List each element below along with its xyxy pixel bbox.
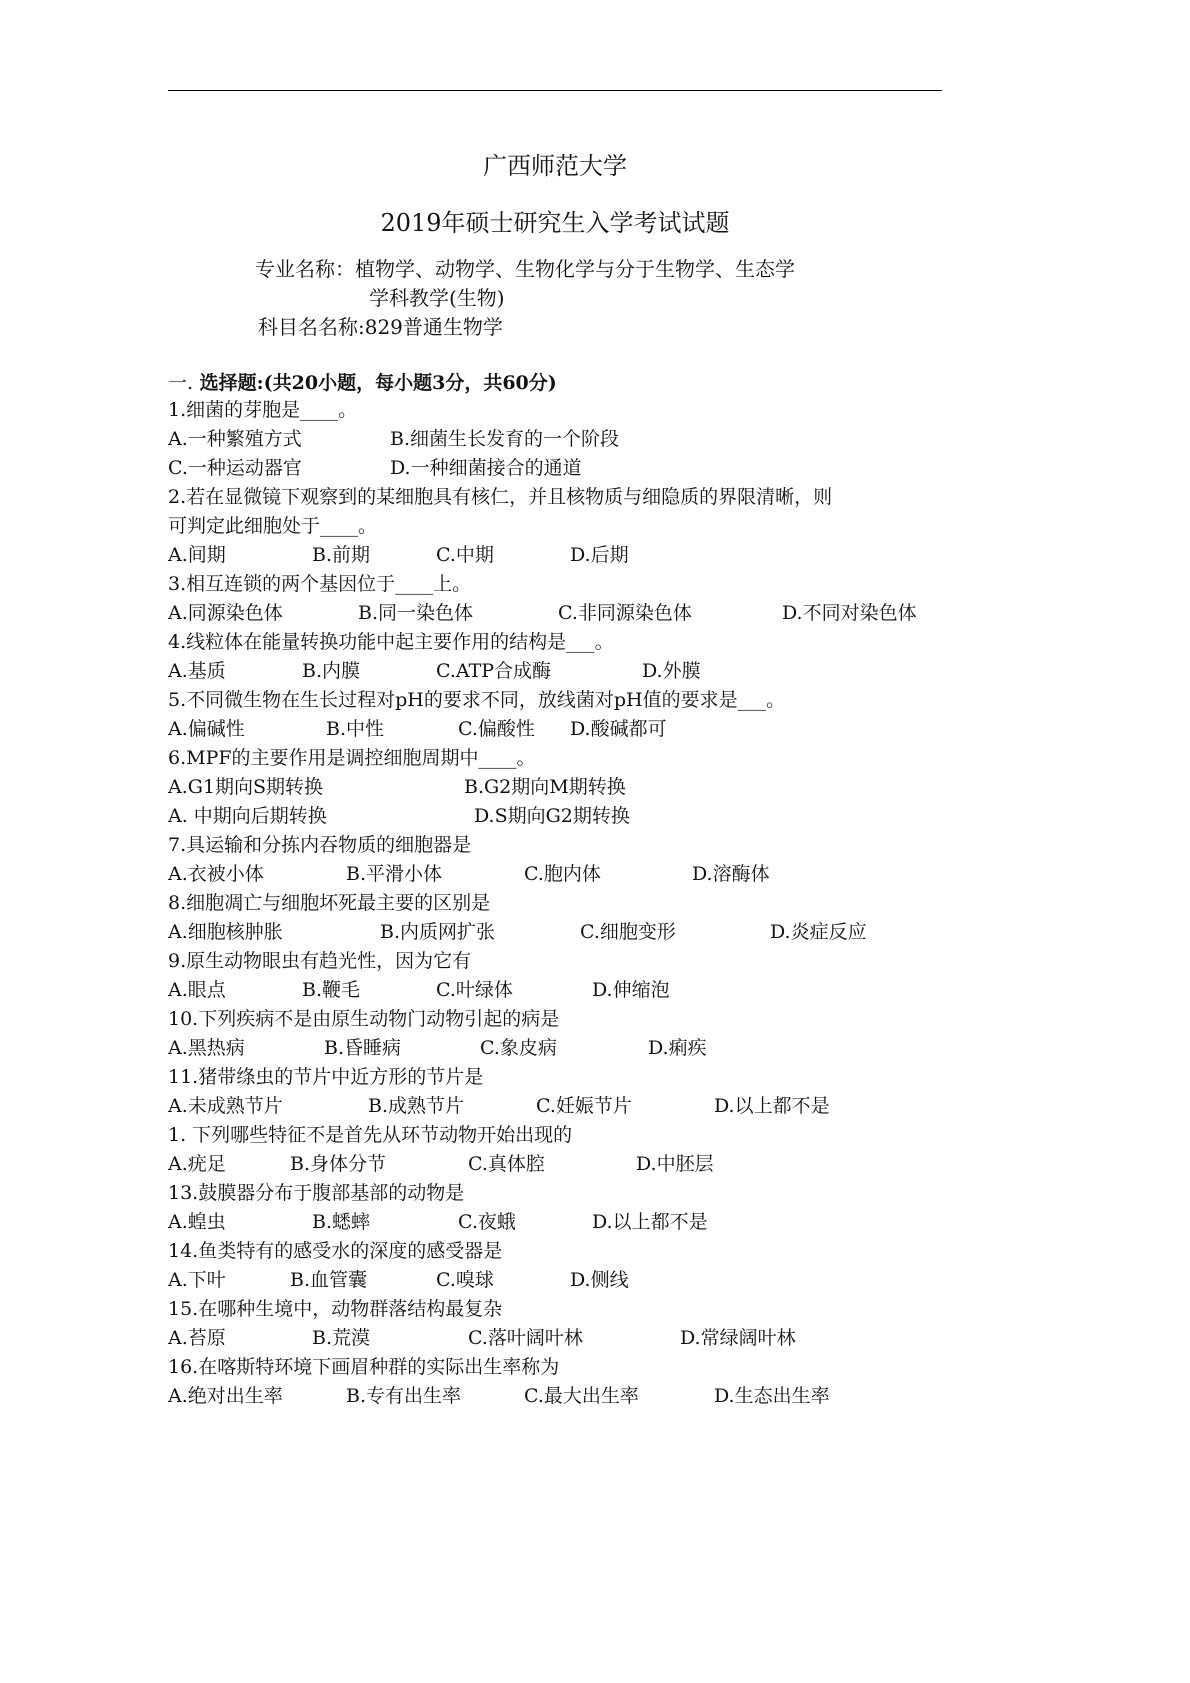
question-stem-3: 3.相互连锁的两个基因位于____上。 (168, 570, 471, 599)
option: D.溶酶体 (692, 860, 770, 889)
question-options-7: A.衣被小体 B.平滑小体 C.胞内体 D.溶酶体 (168, 860, 968, 889)
option: C.一种运动器官 (168, 454, 302, 483)
question-options-15: A.苔原 B.荒漠 C.落叶阔叶林 D.常绿阔叶林 (168, 1324, 968, 1353)
question-stem-8: 8.细胞凋亡与细胞坏死最主要的区别是 (168, 889, 490, 918)
option: D.S期向G2期转换 (474, 802, 630, 831)
option: C.胞内体 (524, 860, 601, 889)
question-stem-10: 10.下列疾病不是由原生动物门动物引起的病是 (168, 1005, 559, 1034)
section-title: 选择题:(共20小题，每小题3分，共60分) (200, 372, 557, 394)
question-stem-2: 2.若在显微镜下观察到的某细胞具有核仁，并且核物质与细隐质的界限清晰，则 (168, 483, 832, 512)
option: B.前期 (312, 541, 370, 570)
option: B.平滑小体 (346, 860, 442, 889)
option: C.夜蛾 (458, 1208, 516, 1237)
major-row: 专业名称：植物学、动物学、生物化学与分于生物学、生态学 (255, 253, 795, 282)
option: A.基质 (168, 657, 226, 686)
option: C.非同源染色体 (558, 599, 692, 628)
section-prefix: 一. (168, 372, 193, 394)
option: B.内质网扩张 (380, 918, 495, 947)
option: D.后期 (570, 541, 629, 570)
question-stem-5: 5.不同微生物在生长过程对pH的要求不同，放线菌对pH值的要求是___。 (168, 686, 785, 715)
question-stem-14: 14.鱼类特有的感受水的深度的感受器是 (168, 1237, 502, 1266)
question-options-12: A.疣足 B.身体分节 C.真体腔 D.中胚层 (168, 1150, 968, 1179)
question-options-1b: C.一种运动器官 D.一种细菌接合的通道 (168, 454, 968, 483)
question-options-9: A.眼点 B.鞭毛 C.叶绿体 D.伸缩泡 (168, 976, 968, 1005)
question-stem-6: 6.MPF的主要作用是调控细胞周期中____。 (168, 744, 536, 773)
option: C.偏酸性 (458, 715, 535, 744)
option: B.昏睡病 (324, 1034, 401, 1063)
option: B.身体分节 (290, 1150, 386, 1179)
major-line2: 学科教学(生物) (369, 282, 505, 311)
option: D.外膜 (642, 657, 701, 686)
question-stem-1: 1.细菌的芽胞是____。 (168, 396, 357, 425)
question-options-6b: A. 中期向后期转换 D.S期向G2期转换 (168, 802, 968, 831)
question-options-16: A.绝对出生率 B.专有出生率 C.最大出生率 D.生态出生率 (168, 1382, 968, 1411)
option: B.内膜 (302, 657, 360, 686)
option: D.常绿阔叶林 (680, 1324, 796, 1353)
option: A.细胞核肿胀 (168, 918, 283, 947)
exam-title: 2019年硕士研究生入学考试试题 (0, 203, 1110, 238)
option: C.象皮病 (480, 1034, 557, 1063)
question-stem-4: 4.线粒体在能量转换功能中起主要作用的结构是___。 (168, 628, 614, 657)
option: C.真体腔 (468, 1150, 545, 1179)
option: D.侧线 (570, 1266, 629, 1295)
option: D.不同对染色体 (782, 599, 917, 628)
option: D.一种细菌接合的通道 (390, 454, 582, 483)
question-options-8: A.细胞核肿胀 B.内质网扩张 C.细胞变形 D.炎症反应 (168, 918, 968, 947)
option: B.血管囊 (290, 1266, 367, 1295)
major-names: 植物学、动物学、生物化学与分于生物学、生态学 (355, 257, 795, 281)
option: B.细菌生长发育的一个阶段 (390, 425, 619, 454)
question-options-14: A.下叶 B.血管囊 C.嗅球 D.侧线 (168, 1266, 968, 1295)
question-stem-9: 9.原生动物眼虫有趋光性，因为它有 (168, 947, 471, 976)
option: D.酸碱都可 (570, 715, 667, 744)
question-stem-15: 15.在哪种生境中，动物群落结构最复杂 (168, 1295, 502, 1324)
university-title: 广西师范大学 (0, 146, 1110, 181)
option: A.黑热病 (168, 1034, 245, 1063)
option: D.生态出生率 (714, 1382, 830, 1411)
option: A.G1期向S期转换 (168, 773, 323, 802)
option: C.落叶阔叶林 (468, 1324, 583, 1353)
question-options-4: A.基质 B.内膜 C.ATP合成酶 D.外膜 (168, 657, 968, 686)
option: A. 中期向后期转换 (168, 802, 327, 831)
option: A.间期 (168, 541, 226, 570)
option: B.成熟节片 (368, 1092, 464, 1121)
question-stem-7: 7.具运输和分拣内吞物质的细胞器是 (168, 831, 471, 860)
question-options-2: A.间期 B.前期 C.中期 D.后期 (168, 541, 968, 570)
question-options-1a: A.一种繁殖方式 B.细菌生长发育的一个阶段 (168, 425, 968, 454)
question-stem-2-cont: 可判定此细胞处于____。 (168, 512, 377, 541)
option: D.炎症反应 (770, 918, 867, 947)
section-heading: 一. 选择题:(共20小题，每小题3分，共60分) (168, 368, 557, 395)
option: A.偏碱性 (168, 715, 245, 744)
option: C.最大出生率 (524, 1382, 639, 1411)
subject-name: 科目名名称:829普通生物学 (258, 311, 503, 340)
question-options-11: A.未成熟节片 B.成熟节片 C.妊娠节片 D.以上都不是 (168, 1092, 968, 1121)
option: A.眼点 (168, 976, 226, 1005)
option: B.专有出生率 (346, 1382, 461, 1411)
option: C.嗅球 (436, 1266, 494, 1295)
question-options-10: A.黑热病 B.昏睡病 C.象皮病 D.痢疾 (168, 1034, 968, 1063)
option: D.伸缩泡 (592, 976, 670, 1005)
option: B.鞭毛 (302, 976, 360, 1005)
question-stem-13: 13.鼓膜器分布于腹部基部的动物是 (168, 1179, 464, 1208)
option: A.下叶 (168, 1266, 226, 1295)
option: A.同源染色体 (168, 599, 283, 628)
option: A.未成熟节片 (168, 1092, 283, 1121)
question-stem-11: 11.猪带绦虫的节片中近方形的节片是 (168, 1063, 483, 1092)
option: C.ATP合成酶 (436, 657, 551, 686)
option: A.苔原 (168, 1324, 226, 1353)
option: B.蟋蟀 (312, 1208, 370, 1237)
option: D.以上都不是 (714, 1092, 830, 1121)
option: A.一种繁殖方式 (168, 425, 302, 454)
question-options-6a: A.G1期向S期转换 B.G2期向M期转换 (168, 773, 968, 802)
option: C.中期 (436, 541, 494, 570)
option: D.以上都不是 (592, 1208, 708, 1237)
question-options-5: A.偏碱性 B.中性 C.偏酸性 D.酸碱都可 (168, 715, 968, 744)
option: B.G2期向M期转换 (464, 773, 626, 802)
option: A.蝗虫 (168, 1208, 226, 1237)
option: C.妊娠节片 (536, 1092, 632, 1121)
option: A.疣足 (168, 1150, 226, 1179)
question-stem-12: 1. 下列哪些特征不是首先从环节动物开始出现的 (168, 1121, 572, 1150)
major-label: 专业名称： (255, 257, 355, 281)
option: D.中胚层 (636, 1150, 714, 1179)
option: C.细胞变形 (580, 918, 676, 947)
option: A.衣被小体 (168, 860, 264, 889)
question-options-13: A.蝗虫 B.蟋蟀 C.夜蛾 D.以上都不是 (168, 1208, 968, 1237)
header-rule (168, 90, 942, 91)
option: C.叶绿体 (436, 976, 513, 1005)
option: B.同一染色体 (358, 599, 473, 628)
question-stem-16: 16.在喀斯特环境下画眉种群的实际出生率称为 (168, 1353, 559, 1382)
option: B.荒漠 (312, 1324, 370, 1353)
question-options-3: A.同源染色体 B.同一染色体 C.非同源染色体 D.不同对染色体 (168, 599, 968, 628)
option: B.中性 (326, 715, 384, 744)
option: A.绝对出生率 (168, 1382, 283, 1411)
option: D.痢疾 (648, 1034, 707, 1063)
